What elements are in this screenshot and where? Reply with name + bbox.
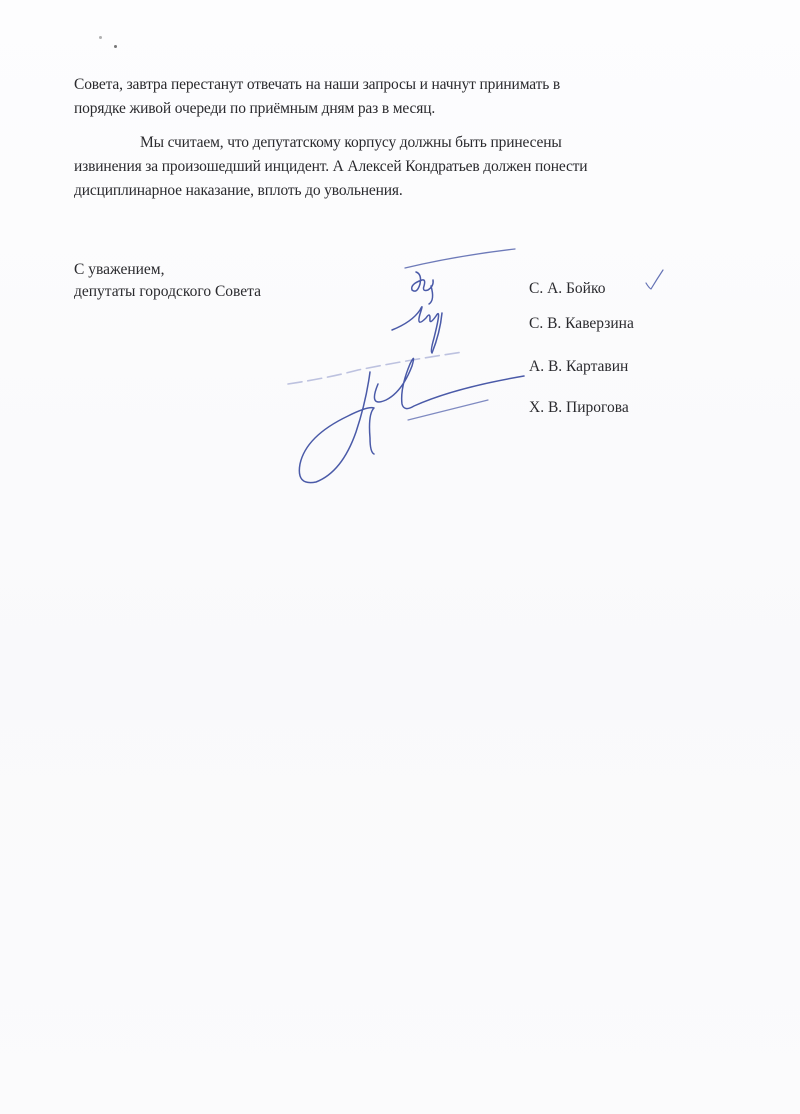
check-mark-icon	[646, 270, 663, 289]
paragraph-line: дисциплинарное наказание, вплоть до увол…	[74, 180, 764, 202]
paragraph-line: Совета, завтра перестанут отвечать на на…	[74, 74, 764, 96]
paragraph-line: порядке живой очереди по приёмным дням р…	[74, 98, 764, 120]
signer-name: С. А. Бойко	[529, 280, 605, 298]
signer-name: С. В. Каверзина	[529, 315, 634, 333]
signature-stroke	[408, 400, 488, 420]
signature-stroke	[405, 249, 515, 268]
signature-boyko-icon	[412, 272, 433, 304]
signer-name: А. В. Картавин	[529, 358, 628, 376]
document-page: Совета, завтра перестанут отвечать на на…	[0, 0, 800, 1114]
scan-speck	[114, 45, 117, 48]
signer-name: Х. В. Пирогова	[529, 399, 629, 417]
paragraph-line: извинения за произошедший инцидент. А Ал…	[74, 156, 764, 178]
scan-speck	[99, 36, 102, 39]
paragraph-line: Мы считаем, что депутатскому корпусу дол…	[74, 132, 764, 154]
paragraph-demand: Мы считаем, что депутатскому корпусу дол…	[74, 132, 764, 202]
salutation: С уважением,	[74, 259, 261, 281]
signatory-group: депутаты городского Совета	[74, 281, 261, 303]
signature-kaverzina-icon	[392, 307, 442, 353]
signature-stroke	[288, 352, 463, 384]
signature-kartavin-icon	[299, 358, 524, 482]
closing-block: С уважением, депутаты городского Совета	[74, 259, 261, 303]
paragraph-continuation: Совета, завтра перестанут отвечать на на…	[74, 74, 764, 120]
